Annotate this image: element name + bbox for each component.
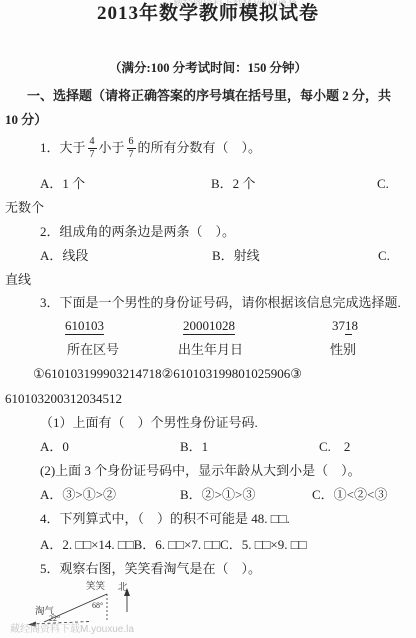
diagram-label-north: 北: [118, 581, 128, 593]
q3-label-area-code: 所在区号: [67, 342, 119, 358]
q1-fraction-6-7: 6 7: [127, 137, 136, 160]
section-heading-line2: 10 分）: [5, 112, 47, 128]
q4-options: A．2. □□×14. □□B．6. □□×7. □□C．5. □□×9. □□: [40, 537, 306, 553]
q3-sub1-option-b: B．1: [180, 439, 208, 455]
q3-sub1-option-a: A．0: [40, 439, 69, 455]
q2-stem: 2．组成角的两条边是两条（ ）。: [40, 224, 235, 240]
q3-id-list-line2: 610103200312034512: [5, 391, 122, 407]
q3-id-birthdate: 20001028: [183, 318, 235, 334]
diagram-angle-68: 68°: [92, 601, 103, 610]
section-heading-line1: 一、选择题（请将正确答案的序号填在括号里，每小题 2 分，共: [27, 88, 391, 104]
q1-option-c-wrap: 无数个: [5, 200, 44, 216]
q1-stem-pre: 1．大于: [40, 140, 86, 156]
q3-id-tail: 3718: [332, 318, 358, 334]
q1-option-a: A．1 个: [40, 176, 85, 192]
q1-stem-post: 的所有分数有（ ）。: [138, 140, 262, 156]
exam-title: 2013年数学教师模拟试卷: [0, 6, 416, 22]
q3-label-gender: 性别: [330, 342, 356, 358]
exam-paper-page: 藏经阁资料下载M.youxue.la 2013年数学教师模拟试卷 （满分:100…: [0, 0, 416, 638]
q3-sub2-stem: (2)上面 3 个身份证号码中，显示年龄从大到小是（ ）。: [40, 463, 361, 479]
q3-stem: 3．下面是一个男性的身份证号码，请你根据该信息完成选择题.: [40, 295, 401, 311]
q3-sub2-option-c: C．①<②<③: [312, 487, 387, 503]
q5-stem: 5．观察右图，笑笑看淘气是在（ ）。: [40, 561, 261, 577]
q1-fraction-4-7: 4 7: [88, 137, 97, 160]
q3-label-birthdate: 出生年月日: [178, 342, 243, 358]
q1-option-b: B．2 个: [211, 176, 255, 192]
q3-sub2-option-b: B．②>①>③: [180, 487, 255, 503]
q4-stem: 4．下列算式中，（ ）的积不可能是 48. □□.: [40, 511, 290, 527]
q3-id-area-code: 610103: [65, 318, 104, 334]
q2-option-a: A．线段: [40, 248, 88, 264]
q1-stem: 1．大于 4 7 小于 6 7 的所有分数有（ ）。: [40, 134, 261, 162]
q3-sub2-option-a: A．③>①>②: [40, 487, 116, 503]
q2-option-c: C.: [378, 248, 390, 264]
diagram-label-xiaoxiao: 笑笑: [86, 580, 106, 592]
q3-id-list-line1: ①610103199903214718②610103199801025906③: [33, 366, 302, 382]
watermark-bottom: 藏经阁资料下载M.youxue.la: [10, 622, 134, 638]
q2-option-c-wrap: 直线: [5, 272, 31, 288]
q1-stem-mid: 小于: [99, 140, 125, 156]
exam-info: （满分:100 分考试时间：150 分钟）: [0, 60, 416, 76]
q1-option-c: C.: [377, 176, 389, 192]
q2-option-b: B．射线: [212, 248, 260, 264]
q3-sub1-option-c: C. 2: [319, 439, 350, 455]
q3-sub1-stem: （1）上面有（ ）个男性身份证号码.: [40, 415, 258, 431]
